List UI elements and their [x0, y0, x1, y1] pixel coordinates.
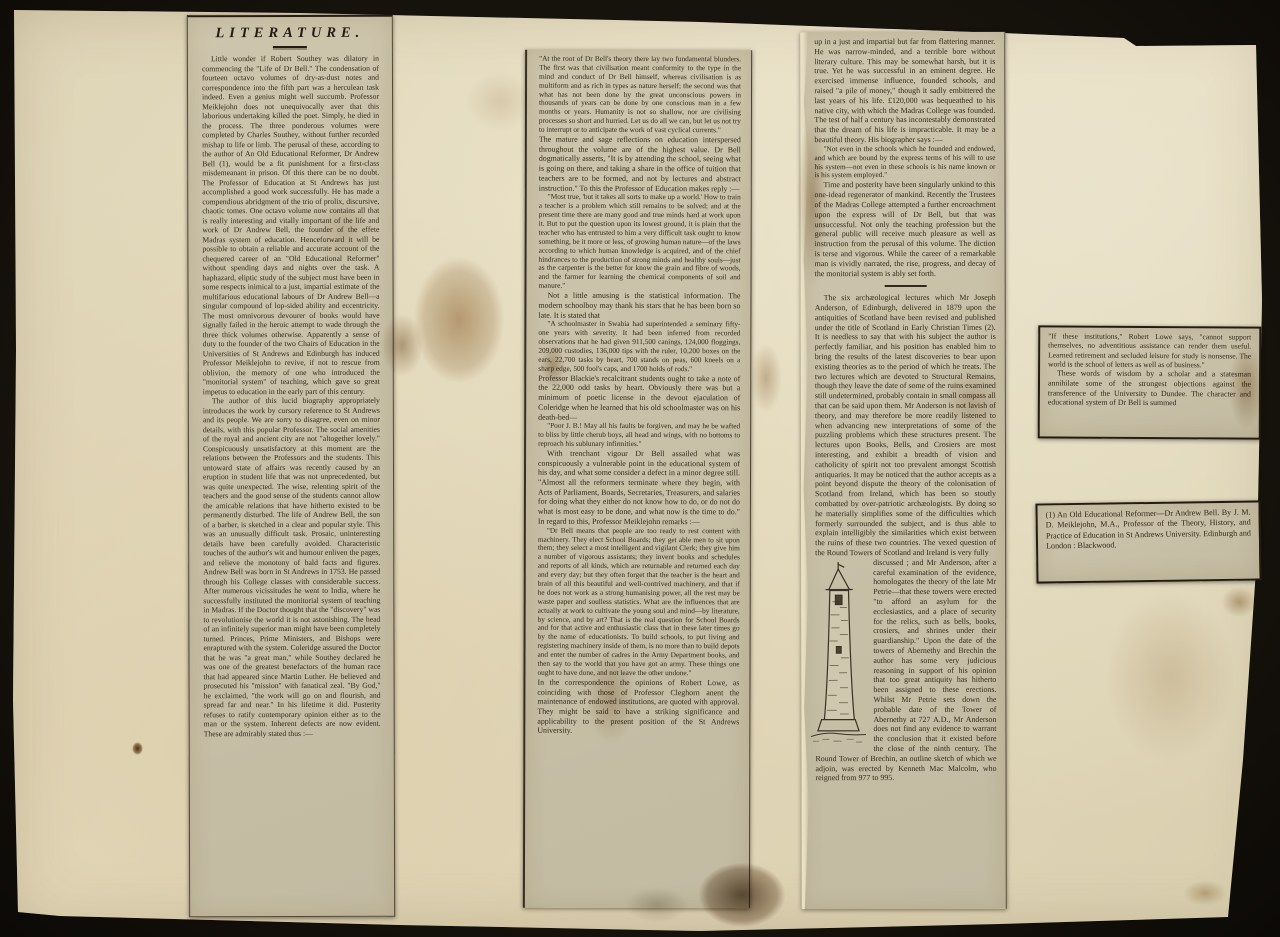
paragraph: Little wonder if Robert Southey was dila…: [202, 54, 380, 396]
paragraph: "Most true, 'but it takes all sorts to m…: [538, 193, 740, 291]
headline-rule: [273, 46, 307, 48]
paragraph: With trenchant vigour Dr Bell assailed w…: [538, 449, 740, 527]
footnote-citation: (1) An Old Educational Reformer—Dr Andre…: [1046, 508, 1252, 552]
paragraph: "Dr Bell means that people are too ready…: [537, 526, 739, 678]
paragraph: These words of wisdom by a scholar and a…: [1048, 369, 1251, 409]
paragraph: up in a just and impartial but far from …: [814, 37, 995, 145]
clipping-footnote-citation: (1) An Old Educational Reformer—Dr Andre…: [1035, 500, 1261, 583]
paragraph: Not a little amusing is the statistical …: [538, 291, 740, 321]
anderson-review-column-text: up in a just and impartial but far from …: [800, 32, 1005, 789]
paragraph: The six archæological lectures which Mr …: [815, 293, 996, 558]
round-tower-engraving: [809, 560, 867, 748]
literature-column-text: Little wonder if Robert Southey was dila…: [188, 50, 394, 745]
paragraph: Time and posterity have been singularly …: [814, 180, 995, 278]
lowe-quote-text: "If these institutions," Robert Lowe say…: [1040, 327, 1259, 412]
paragraph: The author of this lucid biography appro…: [203, 396, 381, 738]
bell-review-column-text: "At the root of Dr Bell's theory there l…: [525, 50, 751, 743]
clipping-anderson-review-column: up in a just and impartial but far from …: [800, 32, 1007, 909]
clipping-lowe-quote: "If these institutions," Robert Lowe say…: [1038, 325, 1262, 439]
clipping-bell-review-column: "At the root of Dr Bell's theory there l…: [523, 50, 752, 909]
paragraph: "Not even in the schools which he founde…: [814, 145, 995, 181]
paragraph: discussed ; and Mr Anderson, after a car…: [815, 558, 996, 784]
paragraph: In the correspondence the opinions of Ro…: [537, 678, 739, 737]
paragraph: Professor Blackie's recalcitrant student…: [538, 373, 740, 422]
literature-heading: LITERATURE.: [188, 17, 392, 43]
paragraph: "At the root of Dr Bell's theory there l…: [539, 55, 741, 136]
paragraph: "A schoolmaster in Swabia had superinten…: [538, 320, 740, 374]
footnote-citation-text: (1) An Old Educational Reformer—Dr Andre…: [1037, 502, 1259, 557]
clipping-literature-column: LITERATURE. Little wonder if Robert Sout…: [187, 15, 395, 918]
photo-background: LITERATURE. Little wonder if Robert Sout…: [0, 0, 1280, 937]
paragraph: The mature and sage reflections on educa…: [539, 135, 741, 194]
section-separator-rule: [884, 285, 926, 287]
paragraph: "Poor J. B.! May all his faults be forgi…: [538, 422, 740, 449]
paragraph: "If these institutions," Robert Lowe say…: [1048, 331, 1251, 369]
